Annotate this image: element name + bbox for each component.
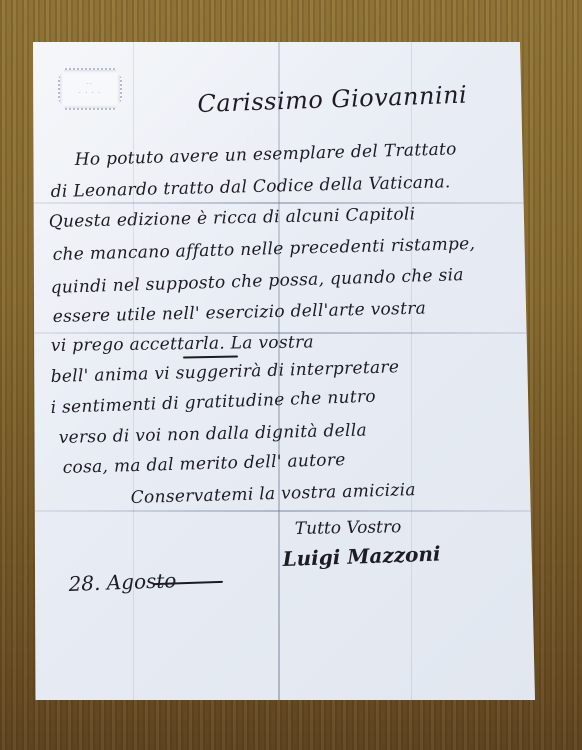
embossed-stamp-icon: ·· · · · · bbox=[58, 68, 122, 110]
letter-body-line: bell' anima vi suggerirà di interpretare bbox=[50, 357, 399, 387]
letter-body-line: verso di voi non dalla dignità della bbox=[59, 420, 368, 448]
stamp-line-1: ·· bbox=[87, 80, 93, 89]
letter-body-line: Questa edizione è ricca di alcuni Capito… bbox=[49, 204, 416, 232]
letter-body-line: di Leonardo tratto dal Codice della Vati… bbox=[51, 172, 451, 202]
fold-crease-horizontal-3 bbox=[33, 510, 535, 512]
fold-crease-horizontal-1 bbox=[33, 202, 535, 204]
ink-dash-stroke bbox=[183, 356, 238, 359]
letter-salutation: Carissimo Giovannini bbox=[197, 81, 468, 118]
letter-paper: ·· · · · · Carissimo Giovannini Ho potut… bbox=[33, 42, 535, 700]
stamp-line-2: · · · · bbox=[79, 89, 102, 98]
letter-body-line: Conservatemi la vostra amicizia bbox=[130, 480, 416, 508]
letter-body-line: cosa, ma dal merito dell' autore bbox=[62, 450, 345, 478]
letter-body-line: i sentimenti di gratitudine che nutro bbox=[50, 387, 376, 418]
letter-signature: Luigi Mazzoni bbox=[282, 541, 441, 571]
letter-body-line: vi prego accettarla. La vostra bbox=[51, 332, 314, 356]
letter-body-line: essere utile nell' esercizio dell'arte v… bbox=[53, 299, 427, 327]
letter-closing: Tutto Vostro bbox=[295, 517, 402, 539]
letter-body-line: che mancano affatto nelle precedenti ris… bbox=[52, 234, 475, 265]
letter-body-line: quindi nel supposto che possa, quando ch… bbox=[50, 265, 464, 298]
letter-body-line: Ho potuto avere un esemplare del Trattat… bbox=[74, 139, 457, 170]
